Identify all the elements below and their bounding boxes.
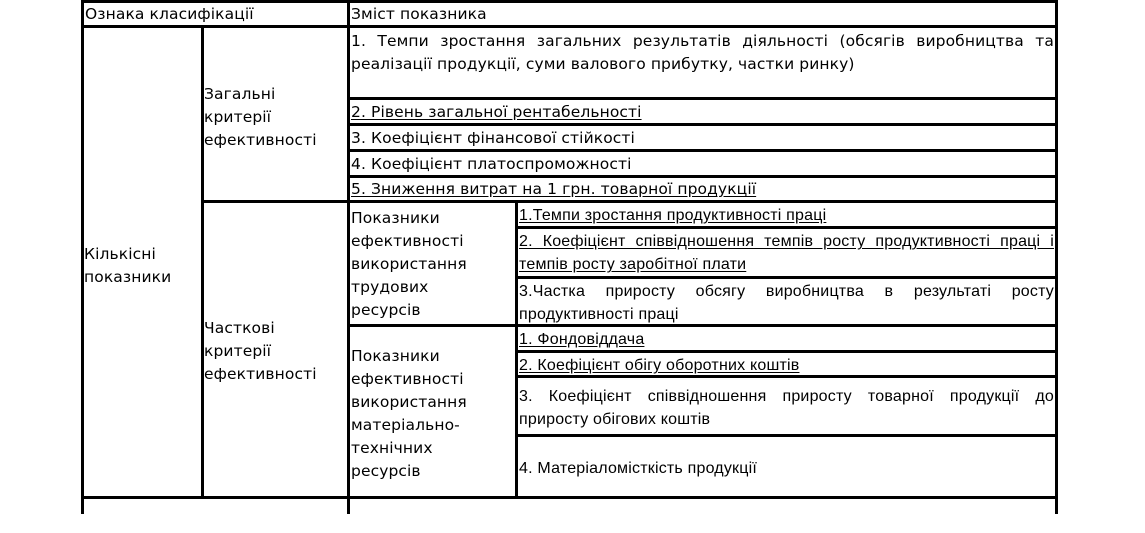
- general-row1-line: [347, 97, 1058, 100]
- general-criteria-label: Загальні критерії ефективності: [204, 83, 317, 152]
- general-item-5: 5. Зниження витрат на 1 грн. товарної пр…: [351, 178, 756, 201]
- material-item-4: 4. Матеріаломісткість продукції: [519, 457, 757, 480]
- general-item-2: 2. Рівень загальної рентабельності: [351, 101, 642, 124]
- general-item-3: 3. Коефіцієнт фінансової стійкості: [351, 127, 635, 150]
- material-item-2: 2. Коефіцієнт обігу оборотних коштів: [519, 354, 799, 377]
- labour-item-3: 3.Частка приросту обсягу виробництва в р…: [519, 280, 1054, 326]
- labour-item-2: 2. Коефіцієнт співвідношення темпів рост…: [519, 230, 1054, 276]
- col-divider-content: [347, 0, 350, 514]
- header-classification: Ознака класифікації: [85, 3, 254, 26]
- header-content: Зміст показника: [351, 3, 487, 26]
- material-item-1: 1. Фондовіддача: [519, 328, 644, 351]
- group-label: Кількісні показники: [84, 243, 171, 289]
- labour-subgroup-label: Показники ефективності використання труд…: [351, 207, 467, 322]
- material-item-3: 3. Коефіцієнт співвідношення приросту то…: [519, 385, 1054, 431]
- material-subgroup-label: Показники ефективності використання мате…: [351, 345, 467, 483]
- labour-item-1: 1.Темпи зростання продуктивності праці: [519, 204, 826, 227]
- table-bottom-line: [81, 496, 1058, 499]
- general-item-4: 4. Коефіцієнт платоспроможності: [351, 153, 632, 176]
- labour-row2-line: [515, 276, 1058, 279]
- general-item-1: 1. Темпи зростання загальних результатів…: [351, 30, 1054, 76]
- partial-criteria-label: Часткові критерії ефективності: [204, 317, 317, 386]
- material-row3-line: [515, 434, 1058, 437]
